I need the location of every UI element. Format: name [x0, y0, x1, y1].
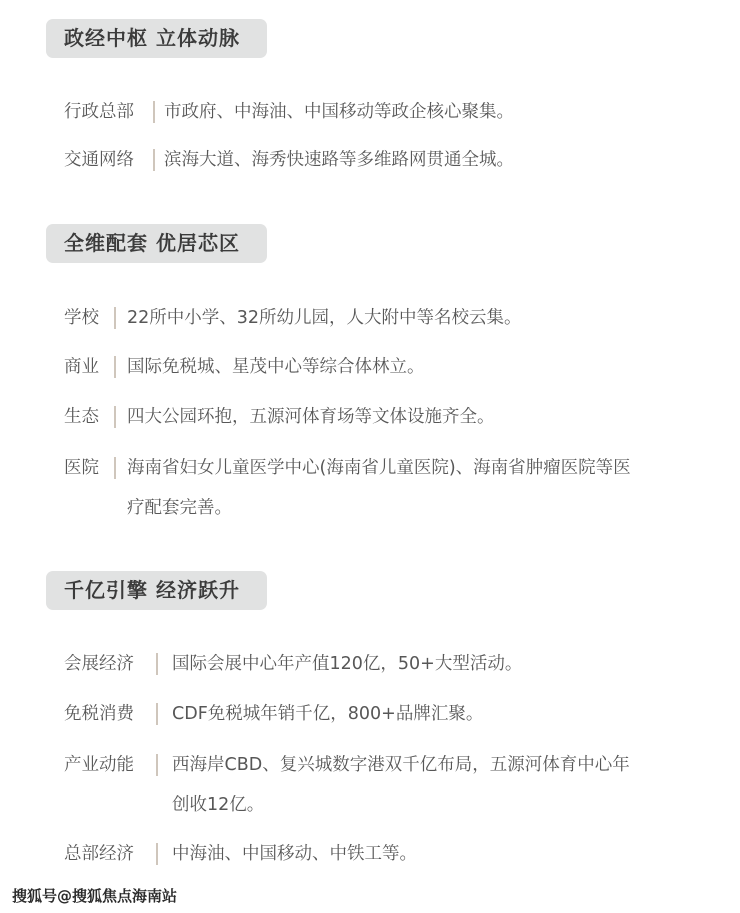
- row-label: 行政总部: [64, 92, 134, 132]
- separator-line: [153, 149, 155, 171]
- source-watermark: 搜狐号@搜狐焦点海南站: [12, 885, 177, 906]
- row-text: 22所中小学、32所幼儿园，人大附中等名校云集。: [127, 298, 522, 338]
- row-label: 生态: [64, 397, 99, 437]
- separator-line: [156, 843, 158, 865]
- separator-line: [114, 457, 116, 479]
- separator-line: [156, 653, 158, 675]
- row-text-continued: 创收12亿。: [172, 785, 264, 825]
- row-text: 国际免税城、星茂中心等综合体林立。: [127, 347, 425, 387]
- row-text: 市政府、中海油、中国移动等政企核心聚集。: [164, 92, 514, 132]
- section-title-badge: 全维配套 优居芯区: [46, 224, 267, 263]
- separator-line: [114, 406, 116, 428]
- separator-line: [156, 754, 158, 776]
- row-label: 免税消费: [64, 694, 134, 734]
- section-title-badge: 政经中枢 立体动脉: [46, 19, 267, 58]
- separator-line: [156, 703, 158, 725]
- row-text: 海南省妇女儿童医学中心(海南省儿童医院)、海南省肿瘤医院等医: [127, 448, 631, 488]
- row-text: 四大公园环抱，五源河体育场等文体设施齐全。: [127, 397, 495, 437]
- row-label: 交通网络: [64, 140, 134, 180]
- separator-line: [153, 101, 155, 123]
- row-text-continued: 疗配套完善。: [127, 488, 232, 528]
- row-text: 中海油、中国移动、中铁工等。: [172, 834, 417, 874]
- row-text: CDF免税城年销千亿，800+品牌汇聚。: [172, 694, 483, 734]
- separator-line: [114, 307, 116, 329]
- row-text: 西海岸CBD、复兴城数字港双千亿布局，五源河体育中心年: [172, 745, 630, 785]
- row-label: 产业动能: [64, 745, 134, 785]
- separator-line: [114, 356, 116, 378]
- row-label: 医院: [64, 448, 99, 488]
- row-label: 总部经济: [64, 834, 134, 874]
- row-label: 会展经济: [64, 644, 134, 684]
- row-label: 商业: [64, 347, 99, 387]
- row-text: 国际会展中心年产值120亿，50+大型活动。: [172, 644, 522, 684]
- row-text: 滨海大道、海秀快速路等多维路网贯通全城。: [164, 140, 514, 180]
- row-label: 学校: [64, 298, 99, 338]
- section-title-badge: 千亿引擎 经济跃升: [46, 571, 267, 610]
